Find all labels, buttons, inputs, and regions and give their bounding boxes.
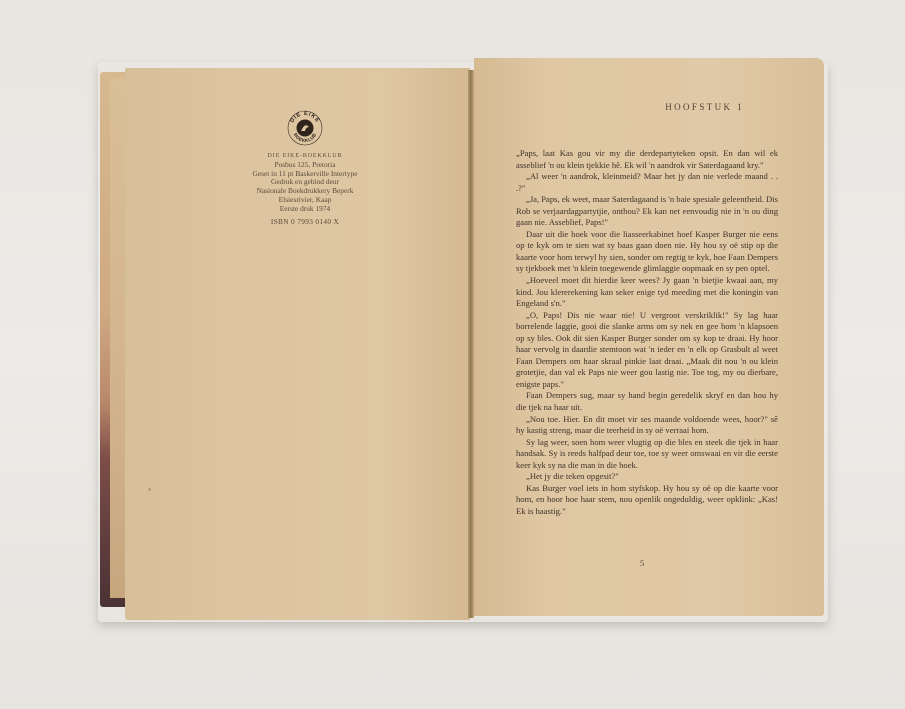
isbn: ISBN 0 7993 0140 X <box>230 218 380 227</box>
page-number: 5 <box>640 558 644 568</box>
body-text: „Paps, laat Kas gou vir my die derdepart… <box>516 148 778 518</box>
die-eike-boekklub-logo-icon: DIE EIKE BOEKKLUB <box>287 110 323 146</box>
paragraph: „O, Paps! Dis nie waar nie! U vergroot v… <box>516 310 778 391</box>
paragraph: Sy lag weer, soen hom weer vlugtig op di… <box>516 437 778 472</box>
paragraph: „Nou toe. Hier. En dit moet vir ses maan… <box>516 414 778 437</box>
paragraph: Faan Dempers sug, maar sy hand begin ger… <box>516 390 778 413</box>
paper-speck <box>148 488 151 491</box>
paragraph: „Ja, Paps, ek weet, maar Saterdagaand is… <box>516 194 778 229</box>
paragraph: „Al weer 'n aandrok, kleinmeid? Maar het… <box>516 171 778 194</box>
paragraph: Kas Burger voel iets in hom styfskop. Hy… <box>516 483 778 518</box>
paragraph: „Hoeveel moet dit hierdie keer wees? Jy … <box>516 275 778 310</box>
endpaper-edge <box>110 78 126 598</box>
paragraph: „Het jy die teken opgesit?" <box>516 471 778 483</box>
paragraph: Daar uit die hoek voor die liasseerkabin… <box>516 229 778 275</box>
chapter-title: HOOFSTUK 1 <box>474 102 744 112</box>
imprint-edition: Eerste druk 1974 <box>230 205 380 214</box>
paragraph: „Paps, laat Kas gou vir my die derdepart… <box>516 148 778 171</box>
imprint-block: DIE EIKE BOEKKLUB DIE EIKE-BOEKKLUB Posb… <box>230 110 380 226</box>
